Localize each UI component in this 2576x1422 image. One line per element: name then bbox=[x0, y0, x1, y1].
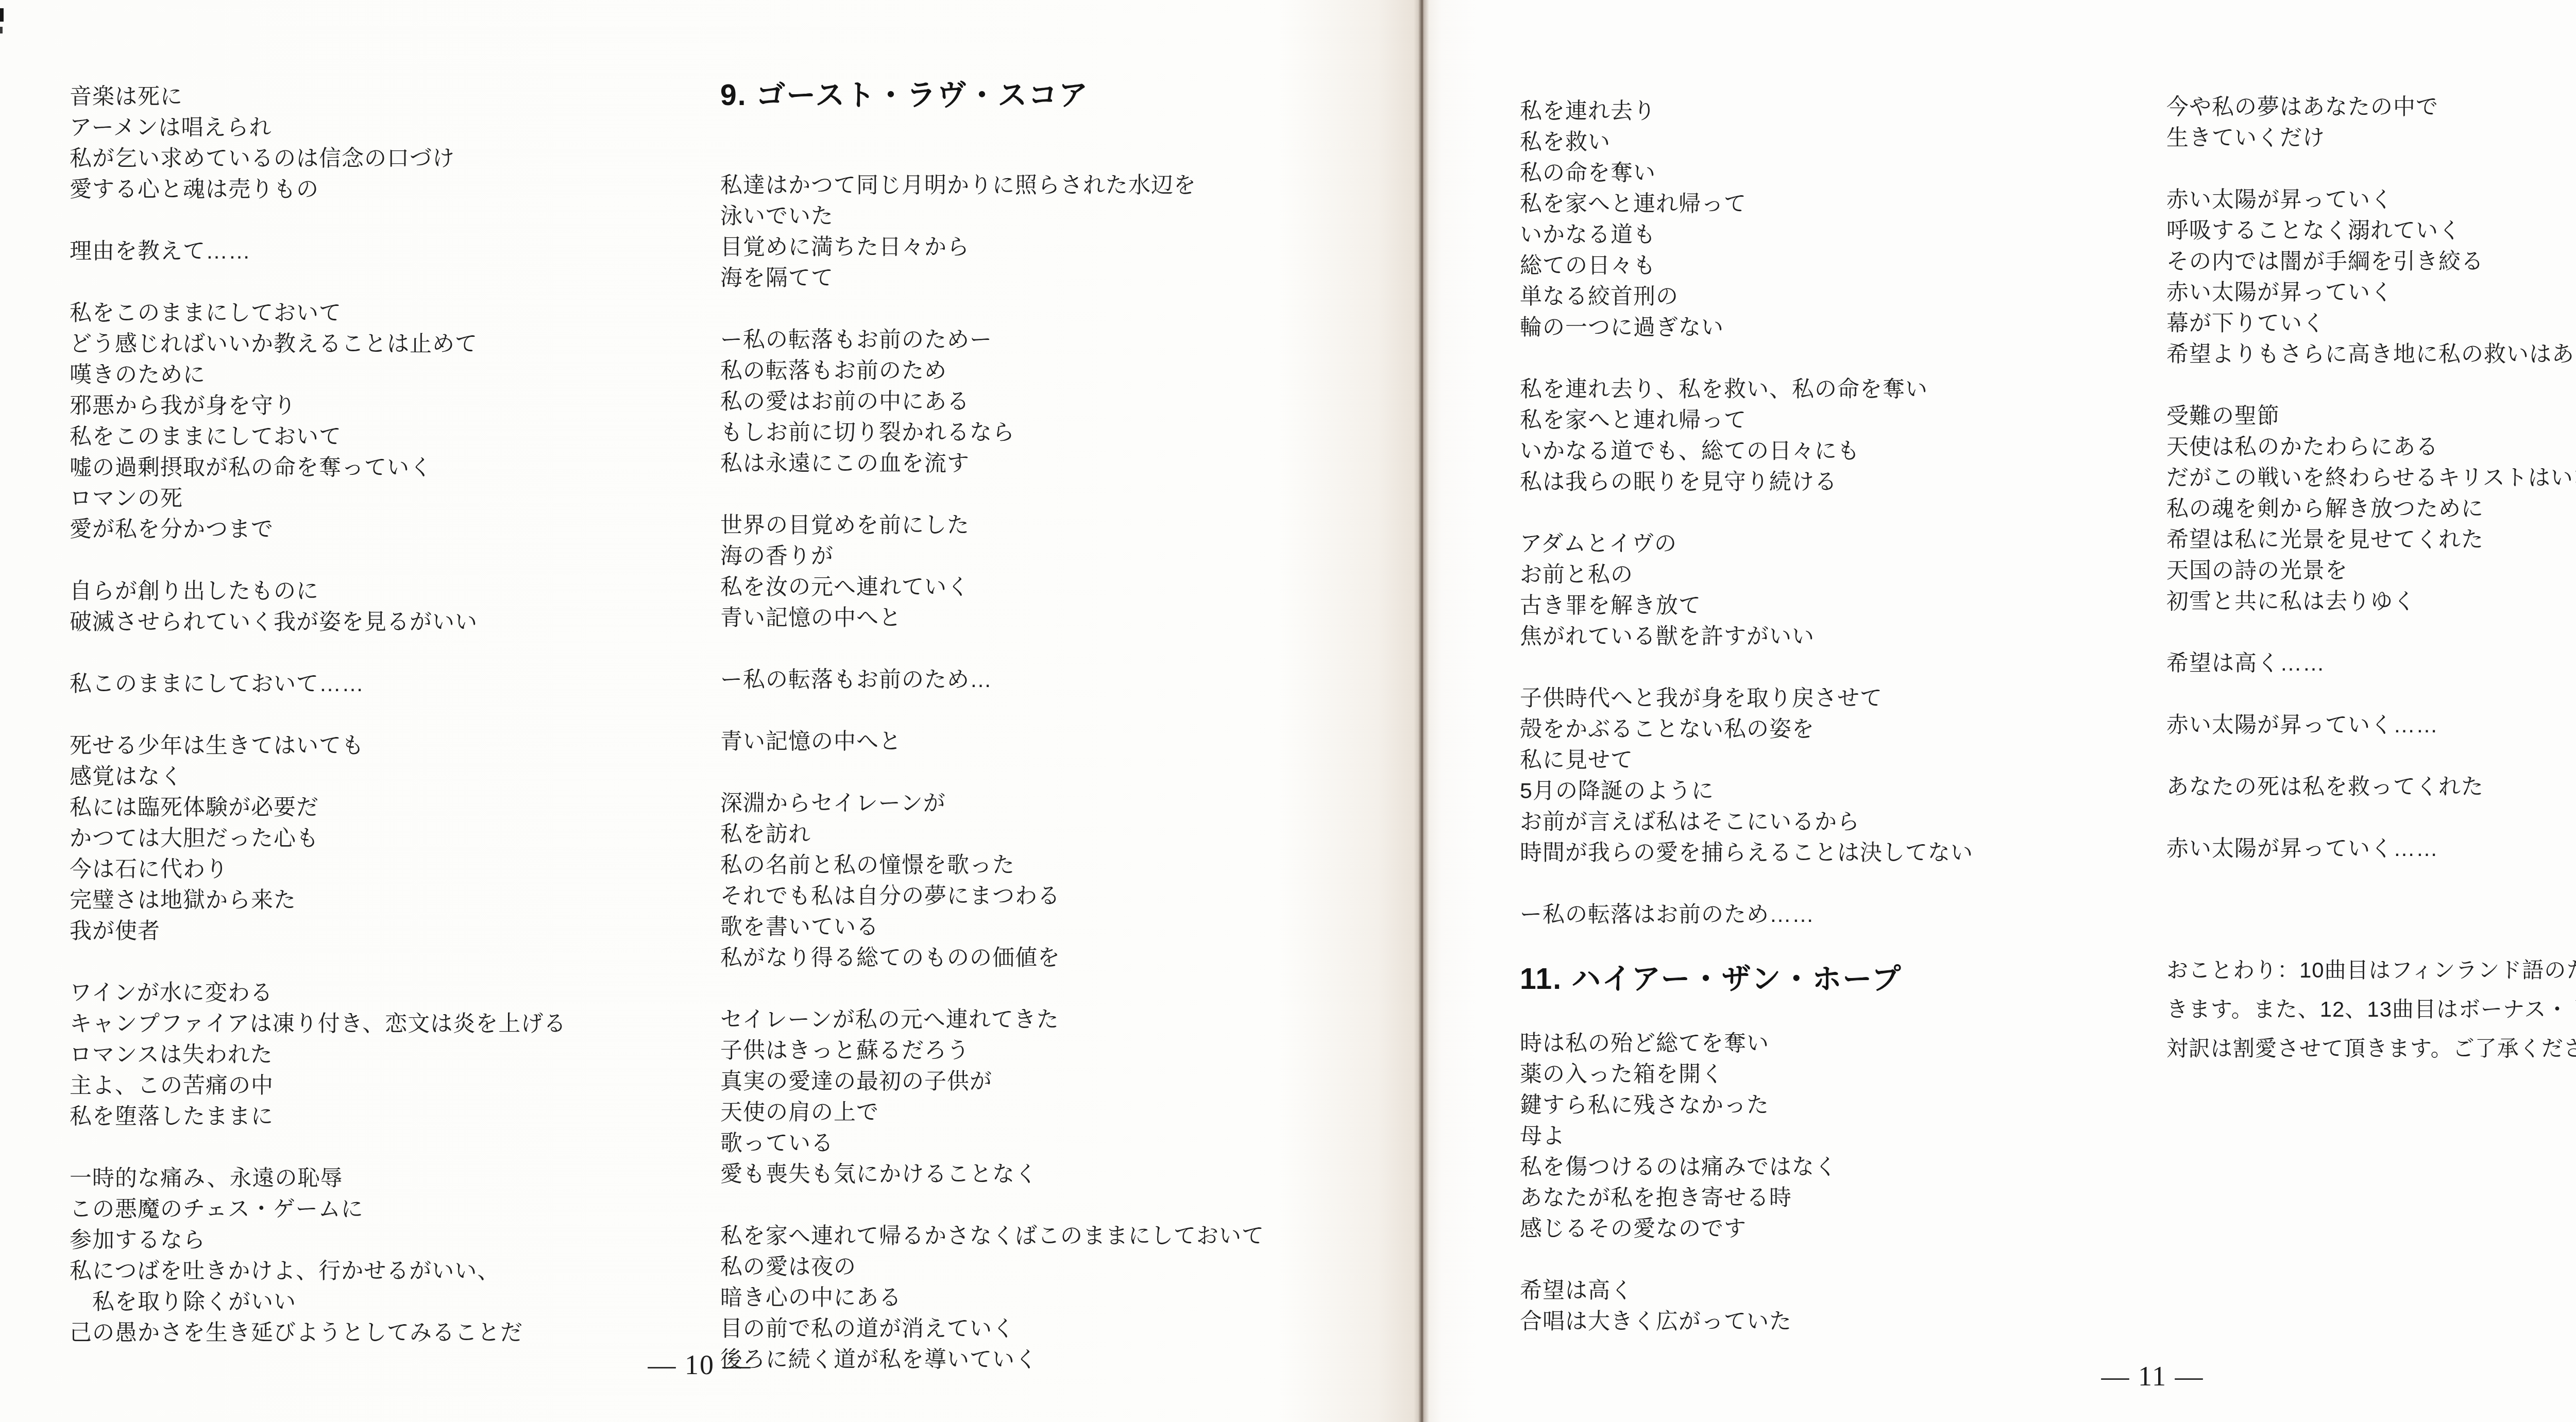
lyric-line: ー私の転落もお前のためー bbox=[720, 324, 1411, 355]
lyric-line: 己の愚かさを生き延びようとしてみることだ bbox=[70, 1317, 719, 1348]
lyric-line: 私の名前と私の憧憬を歌った bbox=[720, 850, 1411, 881]
stanza: 音楽は死にアーメンは唱えられ私が乞い求めているのは信念の口づけ愛する心と魂は売り… bbox=[70, 81, 719, 205]
stanza: 私を連れ去り私を救い私の命を奪い私を家へと連れ帰っていかなる道も総ての日々も単な… bbox=[1520, 96, 2195, 343]
lyric-line: 泳いでいた bbox=[720, 201, 1411, 232]
lyric-line: 赤い太陽が昇っていく…… bbox=[2166, 833, 2576, 864]
stanza: 世界の目覚めを前にした海の香りが私を汝の元へ連れていく青い記憶の中へと bbox=[720, 510, 1411, 633]
lyric-line: 私をこのままにしておいて bbox=[70, 298, 719, 329]
lyric-line: あなたが私を抱き寄せる時 bbox=[1520, 1183, 2195, 1213]
lyric-line: 理由を教えて…… bbox=[70, 236, 719, 267]
lyric-line: 目覚めに満ちた日々から bbox=[720, 232, 1411, 263]
lyric-line: 殻をかぶることない私の姿を bbox=[1520, 714, 2195, 745]
lyric-line: 破滅させられていく我が姿を見るがいい bbox=[70, 607, 719, 638]
lyric-line: 子供時代へと我が身を取り戻させて bbox=[1520, 683, 2195, 714]
lyric-line: 目の前で私の道が消えていく bbox=[720, 1313, 1411, 1344]
lyrics-column-left-page-1: 音楽は死にアーメンは唱えられ私が乞い求めているのは信念の口づけ愛する心と魂は売り… bbox=[70, 81, 719, 1379]
stanza: 子供時代へと我が身を取り戻させて殻をかぶることない私の姿を私に見せて5月の降誕の… bbox=[1520, 683, 2195, 868]
lyric-line: 死せる少年は生きてはいても bbox=[70, 730, 719, 761]
lyric-line: どう感じればいいか教えることは止めて bbox=[70, 329, 719, 359]
lyric-line: 単なる絞首刑の bbox=[1520, 281, 2195, 312]
lyric-line: 愛が私を分かつまで bbox=[70, 514, 719, 545]
lyric-line: 音楽は死に bbox=[70, 81, 719, 112]
lyric-line: 私達はかつて同じ月明かりに照らされた水辺を bbox=[720, 170, 1411, 201]
lyric-line: ー私の転落もお前のため… bbox=[720, 664, 1411, 695]
lyric-line: 後ろに続く道が私を導いていく bbox=[720, 1344, 1411, 1375]
lyric-line: 嘘の過剰摂取が私の命を奪っていく bbox=[70, 452, 719, 483]
lyric-line: 主よ、この苦痛の中 bbox=[70, 1070, 719, 1101]
lyric-line: 鍵すら私に残さなかった bbox=[1520, 1090, 2195, 1121]
lyric-line: 完璧さは地獄から来た bbox=[70, 885, 719, 916]
stanza: 希望は高く…… bbox=[2166, 648, 2576, 679]
lyric-line: 愛も喪失も気にかけることなく bbox=[720, 1159, 1411, 1190]
lyric-line: 世界の目覚めを前にした bbox=[720, 510, 1411, 541]
lyric-line: 生きていくだけ bbox=[2166, 123, 2576, 153]
lyric-line: 5月の降誕のように bbox=[1520, 776, 2195, 807]
stanza: ー私の転落もお前のため… bbox=[720, 664, 1411, 695]
stanza: ー私の転落もお前のためー私の転落もお前のため私の愛はお前の中にあるもしお前に切り… bbox=[720, 324, 1411, 479]
stanza: 深淵からセイレーンが私を訪れ私の名前と私の憧憬を歌ったそれでも私は自分の夢にまつ… bbox=[720, 788, 1411, 973]
lyric-line: 私の愛は夜の bbox=[720, 1252, 1411, 1282]
lyric-line: ロマンスは失われた bbox=[70, 1039, 719, 1070]
lyric-line: この悪魔のチェス・ゲームに bbox=[70, 1194, 719, 1225]
lyric-line: ワインが水に変わる bbox=[70, 978, 719, 1008]
lyric-line: 総ての日々も bbox=[1520, 250, 2195, 281]
translator-credit: 対訳：迫田はつみ bbox=[2166, 895, 2576, 928]
disclaimer-note: おことわり：10曲目はフィンランド語のため対訳は割愛させて頂きます。また、12、… bbox=[2166, 951, 2576, 1068]
lyric-line: 今は石に代わり bbox=[70, 854, 719, 885]
lyrics-column-right-page-2: 今や私の夢はあなたの中で生きていくだけ赤い太陽が昇っていく呼吸することなく溺れて… bbox=[2166, 92, 2576, 1068]
stanza: 青い記憶の中へと bbox=[720, 726, 1411, 757]
lyric-line: だがこの戦いを終わらせるキリストはいない bbox=[2166, 462, 2576, 493]
stanza: 希望は高く合唱は大きく広がっていた bbox=[1520, 1275, 2195, 1337]
stanza: 私このままにしておいて…… bbox=[70, 669, 719, 699]
stanza: 赤い太陽が昇っていく呼吸することなく溺れていくその内では闇が手綱を引き絞る赤い太… bbox=[2166, 184, 2576, 370]
lyric-line: 青い記憶の中へと bbox=[720, 603, 1411, 633]
lyric-line: 天使は私のかたわらにある bbox=[2166, 432, 2576, 462]
lyric-line: 感じるその愛なのです bbox=[1520, 1213, 2195, 1244]
lyric-line: 私を連れ去り、私を救い、私の命を奪い bbox=[1520, 374, 2195, 405]
lyric-line: 天使の肩の上で bbox=[720, 1097, 1411, 1128]
lyric-line: セイレーンが私の元へ連れてきた bbox=[720, 1004, 1411, 1035]
stanza: あなたの死は私を救ってくれた bbox=[2166, 772, 2576, 802]
lyric-line: 私が乞い求めているのは信念の口づけ bbox=[70, 143, 719, 174]
lyric-line: 私を救い bbox=[1520, 127, 2195, 158]
lyric-line: 私の愛はお前の中にある bbox=[720, 386, 1411, 417]
lyric-line: かつては大胆だった心も bbox=[70, 823, 719, 854]
lyric-line: 暗き心の中にある bbox=[720, 1282, 1411, 1313]
stanza: 私を家へ連れて帰るかさなくばこのままにしておいて私の愛は夜の暗き心の中にある目の… bbox=[720, 1221, 1411, 1375]
lyric-line: お前と私の bbox=[1520, 559, 2195, 590]
lyric-line: あなたの死は私を救ってくれた bbox=[2166, 772, 2576, 802]
lyric-line: キャンプファイアは凍り付き、恋文は炎を上げる bbox=[70, 1008, 719, 1039]
lyric-line: 輪の一つに過ぎない bbox=[1520, 312, 2195, 343]
scan-artifact bbox=[0, 27, 3, 33]
lyric-line: 私をこのままにしておいて bbox=[70, 421, 719, 452]
stanza: 受難の聖節天使は私のかたわらにあるだがこの戦いを終わらせるキリストはいない私の魂… bbox=[2166, 401, 2576, 617]
lyric-line: 私を傷つけるのは痛みではなく bbox=[1520, 1152, 2195, 1183]
lyric-line: 私につばを吐きかけよ、行かせるがいい、 bbox=[70, 1256, 719, 1287]
lyric-line: 私には臨死体験が必要だ bbox=[70, 792, 719, 823]
stanza: セイレーンが私の元へ連れてきた子供はきっと蘇るだろう真実の愛達の最初の子供が天使… bbox=[720, 1004, 1411, 1190]
lyric-line: 私を家へと連れ帰って bbox=[1520, 189, 2195, 219]
stanza: ワインが水に変わるキャンプファイアは凍り付き、恋文は炎を上げるロマンスは失われた… bbox=[70, 978, 719, 1132]
lyric-line: 古き罪を解き放て bbox=[1520, 590, 2195, 621]
lyric-line: 私の命を奪い bbox=[1520, 158, 2195, 189]
lyric-line: 参加するなら bbox=[70, 1225, 719, 1256]
stanza: 私達はかつて同じ月明かりに照らされた水辺を泳いでいた目覚めに満ちた日々から海を隔… bbox=[720, 170, 1411, 294]
page-number-11: — 11 — bbox=[2060, 1361, 2245, 1392]
lyric-line: 母よ bbox=[1520, 1121, 2195, 1152]
lyric-line: 初雪と共に私は去りゆく bbox=[2166, 586, 2576, 617]
lyric-line: 時間が我らの愛を捕らえることは決してない bbox=[1520, 837, 2195, 868]
lyric-line: 我が使者 bbox=[70, 916, 719, 947]
song-title: 11. ハイアー・ザン・ホープ bbox=[1520, 961, 2195, 997]
lyric-line: 私は永遠にこの血を流す bbox=[720, 448, 1411, 479]
lyric-line: 天国の詩の光景を bbox=[2166, 555, 2576, 586]
lyric-line: 私は我らの眠りを見守り続ける bbox=[1520, 467, 2195, 498]
lyric-line: 海を隔てて bbox=[720, 263, 1411, 294]
lyric-line: 青い記憶の中へと bbox=[720, 726, 1411, 757]
song-title: 9. ゴースト・ラヴ・スコア bbox=[720, 77, 1411, 113]
lyric-line: 私を汝の元へ連れていく bbox=[720, 572, 1411, 603]
lyric-line: 時は私の殆ど総てを奪い bbox=[1520, 1028, 2195, 1059]
lyric-line: 私の転落もお前のため bbox=[720, 355, 1411, 386]
stanza: アダムとイヴのお前と私の古き罪を解き放て焦がれている獣を許すがいい bbox=[1520, 528, 2195, 652]
lyric-line: 一時的な痛み、永遠の恥辱 bbox=[70, 1163, 719, 1194]
lyric-line: 私を家へ連れて帰るかさなくばこのままにしておいて bbox=[720, 1221, 1411, 1252]
stanza: 私をこのままにしておいてどう感じればいいか教えることは止めて嘆きのために邪悪から… bbox=[70, 298, 719, 545]
lyric-line: 赤い太陽が昇っていく bbox=[2166, 184, 2576, 215]
lyric-line: 邪悪から我が身を守り bbox=[70, 390, 719, 421]
lyric-line: 私を堕落したままに bbox=[70, 1101, 719, 1132]
lyric-line: 私に見せて bbox=[1520, 745, 2195, 776]
page-number-10: — 10 — bbox=[607, 1349, 792, 1380]
lyric-line: 私の魂を剣から解き放つために bbox=[2166, 493, 2576, 524]
lyric-line: いかなる道も bbox=[1520, 219, 2195, 250]
lyric-line: 合唱は大きく広がっていた bbox=[1520, 1306, 2195, 1337]
lyric-line: 真実の愛達の最初の子供が bbox=[720, 1066, 1411, 1097]
stanza: 時は私の殆ど総てを奪い薬の入った箱を開く鍵すら私に残さなかった母よ私を傷つけるの… bbox=[1520, 1028, 2195, 1244]
lyric-line: それでも私は自分の夢にまつわる bbox=[720, 881, 1411, 912]
lyric-line: 私このままにしておいて…… bbox=[70, 669, 719, 699]
lyric-line: アダムとイヴの bbox=[1520, 528, 2195, 559]
lyric-line: 希望は私に光景を見せてくれた bbox=[2166, 524, 2576, 555]
scan-artifact bbox=[0, 8, 4, 22]
booklet-scan: 音楽は死にアーメンは唱えられ私が乞い求めているのは信念の口づけ愛する心と魂は売り… bbox=[0, 0, 2576, 1422]
lyric-line: 呼吸することなく溺れていく bbox=[2166, 215, 2576, 246]
lyric-line: 受難の聖節 bbox=[2166, 401, 2576, 432]
page-fold-gutter bbox=[1414, 0, 1429, 1422]
lyric-line: 私がなり得る総てのものの価値を bbox=[720, 943, 1411, 973]
lyric-line: アーメンは唱えられ bbox=[70, 112, 719, 143]
stanza: 自らが創り出したものに破滅させられていく我が姿を見るがいい bbox=[70, 576, 719, 638]
stanza: 赤い太陽が昇っていく…… bbox=[2166, 833, 2576, 864]
lyric-line: いかなる道でも、総ての日々にも bbox=[1520, 436, 2195, 467]
lyric-line: 歌を書いている bbox=[720, 912, 1411, 943]
lyric-line: 嘆きのために bbox=[70, 359, 719, 390]
lyric-line: 子供はきっと蘇るだろう bbox=[720, 1035, 1411, 1066]
lyric-line: 薬の入った箱を開く bbox=[1520, 1059, 2195, 1090]
lyric-line: 今や私の夢はあなたの中で bbox=[2166, 92, 2576, 123]
lyric-line: 私を取り除くがいい bbox=[70, 1287, 719, 1317]
stanza: ー私の転落はお前のため…… bbox=[1520, 899, 2195, 930]
lyric-line: その内では闇が手綱を引き絞る bbox=[2166, 246, 2576, 277]
lyric-line: 私を連れ去り bbox=[1520, 96, 2195, 127]
stanza: 今や私の夢はあなたの中で生きていくだけ bbox=[2166, 92, 2576, 153]
lyric-line: 感覚はなく bbox=[70, 761, 719, 792]
lyric-line: 希望よりもさらに高き地に私の救いはある bbox=[2166, 339, 2576, 370]
lyric-line: 幕が下りていく bbox=[2166, 308, 2576, 339]
lyric-line: 希望は高く…… bbox=[2166, 648, 2576, 679]
lyric-line: 赤い太陽が昇っていく bbox=[2166, 277, 2576, 308]
stanza: 一時的な痛み、永遠の恥辱この悪魔のチェス・ゲームに参加するなら私につばを吐きかけ… bbox=[70, 1163, 719, 1348]
lyric-line: お前が言えば私はそこにいるから bbox=[1520, 807, 2195, 837]
lyric-line: 赤い太陽が昇っていく…… bbox=[2166, 710, 2576, 741]
lyric-line: 焦がれている獣を許すがいい bbox=[1520, 621, 2195, 652]
lyric-line: 私を訪れ bbox=[720, 819, 1411, 850]
lyric-line: 私を家へと連れ帰って bbox=[1520, 405, 2195, 436]
lyric-line: 自らが創り出したものに bbox=[70, 576, 719, 607]
lyric-line: もしお前に切り裂かれるなら bbox=[720, 417, 1411, 448]
lyric-line: ー私の転落はお前のため…… bbox=[1520, 899, 2195, 930]
lyric-line: 海の香りが bbox=[720, 541, 1411, 572]
stanza: 私を連れ去り、私を救い、私の命を奪い私を家へと連れ帰っていかなる道でも、総ての日… bbox=[1520, 374, 2195, 498]
lyric-line: 愛する心と魂は売りもの bbox=[70, 174, 719, 205]
lyric-line: 希望は高く bbox=[1520, 1275, 2195, 1306]
lyrics-column-left-page-2: 9. ゴースト・ラヴ・スコア私達はかつて同じ月明かりに照らされた水辺を泳いでいた… bbox=[720, 77, 1411, 1406]
lyrics-column-right-page-1: 私を連れ去り私を救い私の命を奪い私を家へと連れ帰っていかなる道も総ての日々も単な… bbox=[1520, 96, 2195, 1368]
stanza: 赤い太陽が昇っていく…… bbox=[2166, 710, 2576, 741]
stanza: 理由を教えて…… bbox=[70, 236, 719, 267]
stanza: 死せる少年は生きてはいても感覚はなく私には臨死体験が必要だかつては大胆だった心も… bbox=[70, 730, 719, 947]
lyric-line: 深淵からセイレーンが bbox=[720, 788, 1411, 819]
lyric-line: 歌っている bbox=[720, 1128, 1411, 1159]
lyric-line: ロマンの死 bbox=[70, 483, 719, 514]
